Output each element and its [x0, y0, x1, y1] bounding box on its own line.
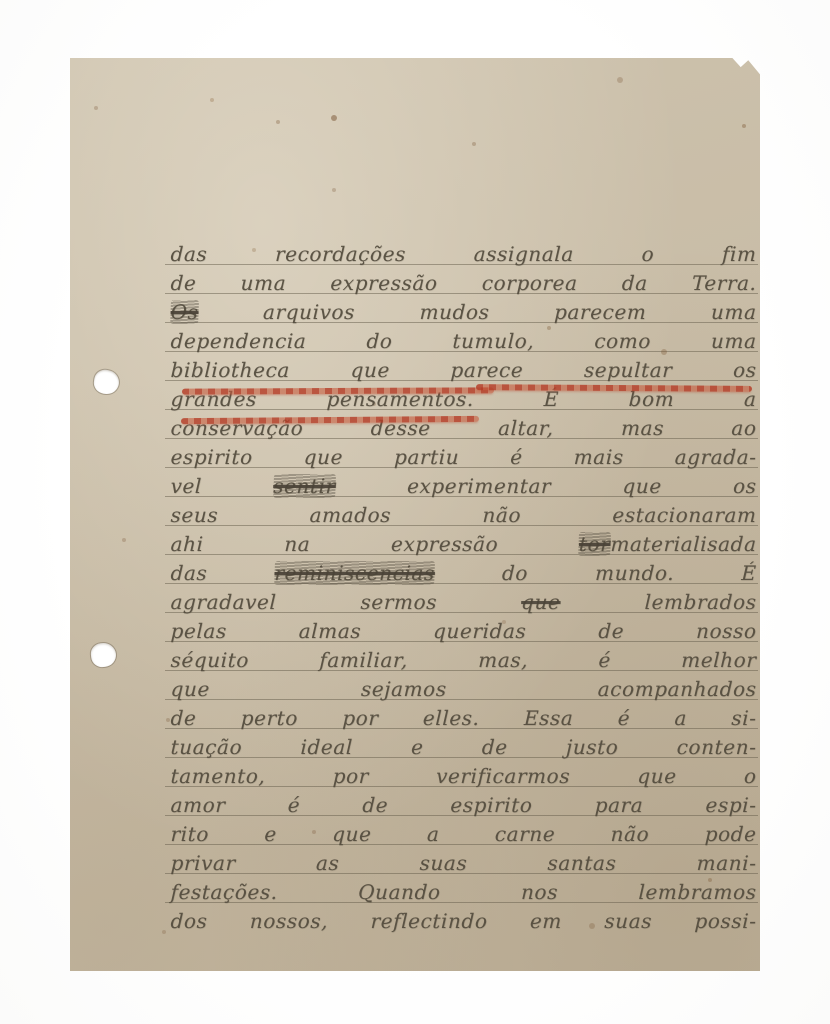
- handwritten-text: materialisada: [610, 532, 757, 556]
- handwritten-text: espirito que partiu é mais agrada-: [170, 445, 757, 469]
- handwritten-text: vel: [170, 474, 273, 498]
- manuscript-line: das recordações assignala o fim: [170, 241, 757, 271]
- handwritten-text: grandes pensamentos. É bom a: [170, 387, 757, 411]
- handwritten-text: amor é de espirito para espi-: [170, 793, 757, 817]
- manuscript-line: conservação desse altar, mas ao: [170, 415, 757, 445]
- manuscript-line: rito e que a carne não pode: [170, 821, 757, 851]
- manuscript-line: de perto por elles. Essa é a si-: [170, 705, 757, 735]
- handwriting-layer: das recordações assignala o fimde uma ex…: [70, 58, 760, 971]
- manuscript-line: bibliotheca que parece sepultar os: [170, 357, 757, 387]
- crossed-out-word: reminiscencias: [274, 561, 435, 585]
- manuscript-line: séquito familiar, mas, é melhor: [170, 647, 757, 677]
- handwritten-text: do mundo. É: [434, 561, 757, 585]
- manuscript-line: tamento, por verificarmos que o: [170, 763, 757, 793]
- handwritten-text: arquivos mudos parecem uma: [198, 300, 757, 324]
- photo-background: das recordações assignala o fimde uma ex…: [0, 0, 830, 1024]
- handwritten-text: de perto por elles. Essa é a si-: [170, 706, 757, 730]
- handwritten-text: seus amados não estacionaram: [170, 503, 757, 527]
- handwritten-text: tamento, por verificarmos que o: [170, 764, 757, 788]
- manuscript-line: espirito que partiu é mais agrada-: [170, 444, 757, 474]
- handwritten-text: conservação desse altar, mas ao: [170, 416, 757, 440]
- manuscript-paper: das recordações assignala o fimde uma ex…: [70, 58, 760, 971]
- handwritten-text: bibliotheca que parece sepultar os: [170, 358, 757, 382]
- handwritten-text: dos nossos, reflectindo em suas possi-: [170, 909, 757, 933]
- crossed-out-word: que: [521, 590, 561, 614]
- handwritten-text: rito e que a carne não pode: [170, 822, 757, 846]
- crossed-out-word: sentir: [273, 474, 336, 498]
- handwritten-text: lembrados: [560, 590, 757, 614]
- handwritten-text: agradavel sermos: [170, 590, 521, 614]
- crossed-out-word: tor: [579, 532, 611, 556]
- manuscript-line: de uma expressão corporea da Terra.: [170, 270, 757, 300]
- handwritten-text: das: [170, 561, 275, 585]
- manuscript-line: vel sentir experimentar que os: [170, 473, 757, 503]
- handwritten-text: experimentar que os: [335, 474, 757, 498]
- manuscript-line: agradavel sermos que lembrados: [170, 589, 757, 619]
- manuscript-line: grandes pensamentos. É bom a: [170, 386, 757, 416]
- manuscript-line: que sejamos acompanhados: [170, 676, 757, 706]
- manuscript-line: ahi na expressão tormaterialisada: [170, 531, 757, 561]
- handwritten-text: ahi na expressão: [170, 532, 579, 556]
- handwritten-text: tuação ideal e de justo conten-: [170, 735, 757, 759]
- handwritten-text: dependencia do tumulo, como uma: [170, 329, 757, 353]
- manuscript-line: pelas almas queridas de nosso: [170, 618, 757, 648]
- manuscript-line: dependencia do tumulo, como uma: [170, 328, 757, 358]
- handwritten-text: pelas almas queridas de nosso: [170, 619, 757, 643]
- manuscript-line: tuação ideal e de justo conten-: [170, 734, 757, 764]
- manuscript-line: privar as suas santas mani-: [170, 850, 757, 880]
- manuscript-line: seus amados não estacionaram: [170, 502, 757, 532]
- manuscript-line: amor é de espirito para espi-: [170, 792, 757, 822]
- manuscript-line: dos nossos, reflectindo em suas possi-: [170, 908, 757, 938]
- handwritten-text: séquito familiar, mas, é melhor: [170, 648, 757, 672]
- handwritten-text: festações. Quando nos lembramos: [170, 880, 757, 904]
- crossed-out-word: Os: [170, 300, 199, 324]
- manuscript-line: das reminiscencias do mundo. É: [170, 560, 757, 590]
- handwritten-text: das recordações assignala o fim: [170, 242, 757, 266]
- manuscript-line: festações. Quando nos lembramos: [170, 879, 757, 909]
- handwritten-text: que sejamos acompanhados: [170, 677, 757, 701]
- handwritten-text: privar as suas santas mani-: [170, 851, 757, 875]
- manuscript-line: Os arquivos mudos parecem uma: [170, 299, 757, 329]
- handwritten-text: de uma expressão corporea da Terra.: [170, 271, 757, 295]
